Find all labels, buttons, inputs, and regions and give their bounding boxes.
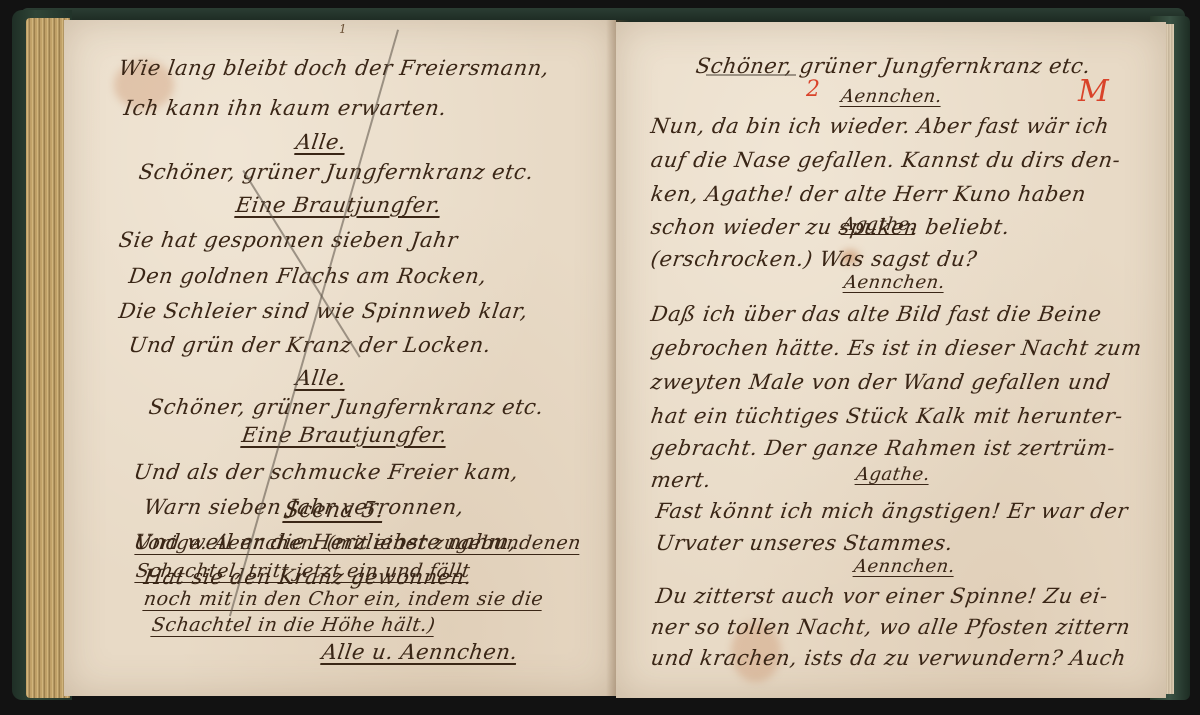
text-line: Daß ich über das alte Bild fast die Bein… bbox=[649, 302, 1103, 326]
text-line: ner so tollen Nacht, wo alle Pfosten zit… bbox=[649, 615, 1132, 639]
text-line: Urvater unseres Stammes. bbox=[654, 531, 954, 555]
text-line: (erschrocken.) Was sagst du? bbox=[649, 247, 978, 271]
text-line: und krachen, ists da zu verwundern? Auch bbox=[649, 646, 1127, 670]
photo-background: 1 Wie lang bleibt doch der Freiersmann, … bbox=[0, 0, 1200, 715]
pencil-underline bbox=[706, 74, 796, 76]
text-line: Und als der schmucke Freier kam, bbox=[132, 460, 520, 484]
stage-direction: Schachtel in die Höhe hält.) bbox=[150, 614, 436, 636]
scene-heading: Scena 5. bbox=[282, 498, 385, 523]
red-pencil-mark: 2 bbox=[806, 77, 820, 102]
speaker-heading: Aennchen. bbox=[853, 556, 957, 577]
text-line: ken, Agathe! der alte Herr Kuno haben bbox=[649, 182, 1087, 206]
text-line: Wie lang bleibt doch der Freiersmann, bbox=[117, 56, 550, 80]
speaker-heading: Aennchen. bbox=[840, 86, 944, 107]
text-line: gebracht. Der ganze Rahmen ist zertrüm- bbox=[649, 436, 1116, 460]
speaker-heading: Alle u. Aennchen. bbox=[320, 640, 519, 664]
text-line: auf die Nase gefallen. Kannst du dirs de… bbox=[649, 148, 1122, 172]
stage-direction: Schachtel, tritt jetzt ein und fällt bbox=[134, 560, 471, 582]
red-pencil-mark: M bbox=[1078, 74, 1109, 109]
text-line: Du zitterst auch vor einer Spinne! Zu ei… bbox=[654, 584, 1109, 608]
speaker-heading: Aennchen. bbox=[843, 272, 947, 293]
text-line: Die Schleier sind wie Spinnweb klar, bbox=[117, 299, 529, 323]
left-page: 1 Wie lang bleibt doch der Freiersmann, … bbox=[64, 20, 616, 696]
text-line: hat ein tüchtiges Stück Kalk mit herunte… bbox=[649, 404, 1124, 428]
page-marker: 1 bbox=[339, 22, 347, 36]
text-line: Sie hat gesponnen sieben Jahr bbox=[117, 228, 459, 252]
text-line: zweyten Male von der Wand gefallen und bbox=[649, 370, 1112, 394]
text-line: Fast könnt ich mich ängstigen! Er war de… bbox=[654, 499, 1129, 523]
stage-direction: Vorige. Aennchen. (mit einer zugebundene… bbox=[134, 532, 582, 554]
text-line: Nun, da bin ich wieder. Aber fast wär ic… bbox=[649, 114, 1111, 138]
text-line: Schöner, grüner Jungfernkranz etc. bbox=[137, 160, 535, 184]
speaker-heading: Alle. bbox=[294, 366, 348, 390]
text-line: Ich kann ihn kaum erwarten. bbox=[122, 96, 448, 120]
speaker-heading: Agathe. bbox=[841, 214, 918, 235]
speaker-heading: Agathe. bbox=[855, 464, 932, 485]
text-line: gebrochen hätte. Es ist in dieser Nacht … bbox=[649, 336, 1143, 360]
speaker-heading: Eine Brautjungfer. bbox=[240, 423, 449, 447]
right-page: 2 M Schöner, grüner Jungfernkranz etc. A… bbox=[616, 22, 1166, 698]
text-line: Schöner, grüner Jungfernkranz etc. bbox=[147, 395, 545, 419]
text-line: mert. bbox=[649, 468, 712, 492]
stage-direction: noch mit in den Chor ein, indem sie die bbox=[142, 588, 544, 610]
text-line: schon wieder zu spuken beliebt. bbox=[649, 215, 1011, 239]
speaker-heading: Alle. bbox=[294, 130, 348, 154]
